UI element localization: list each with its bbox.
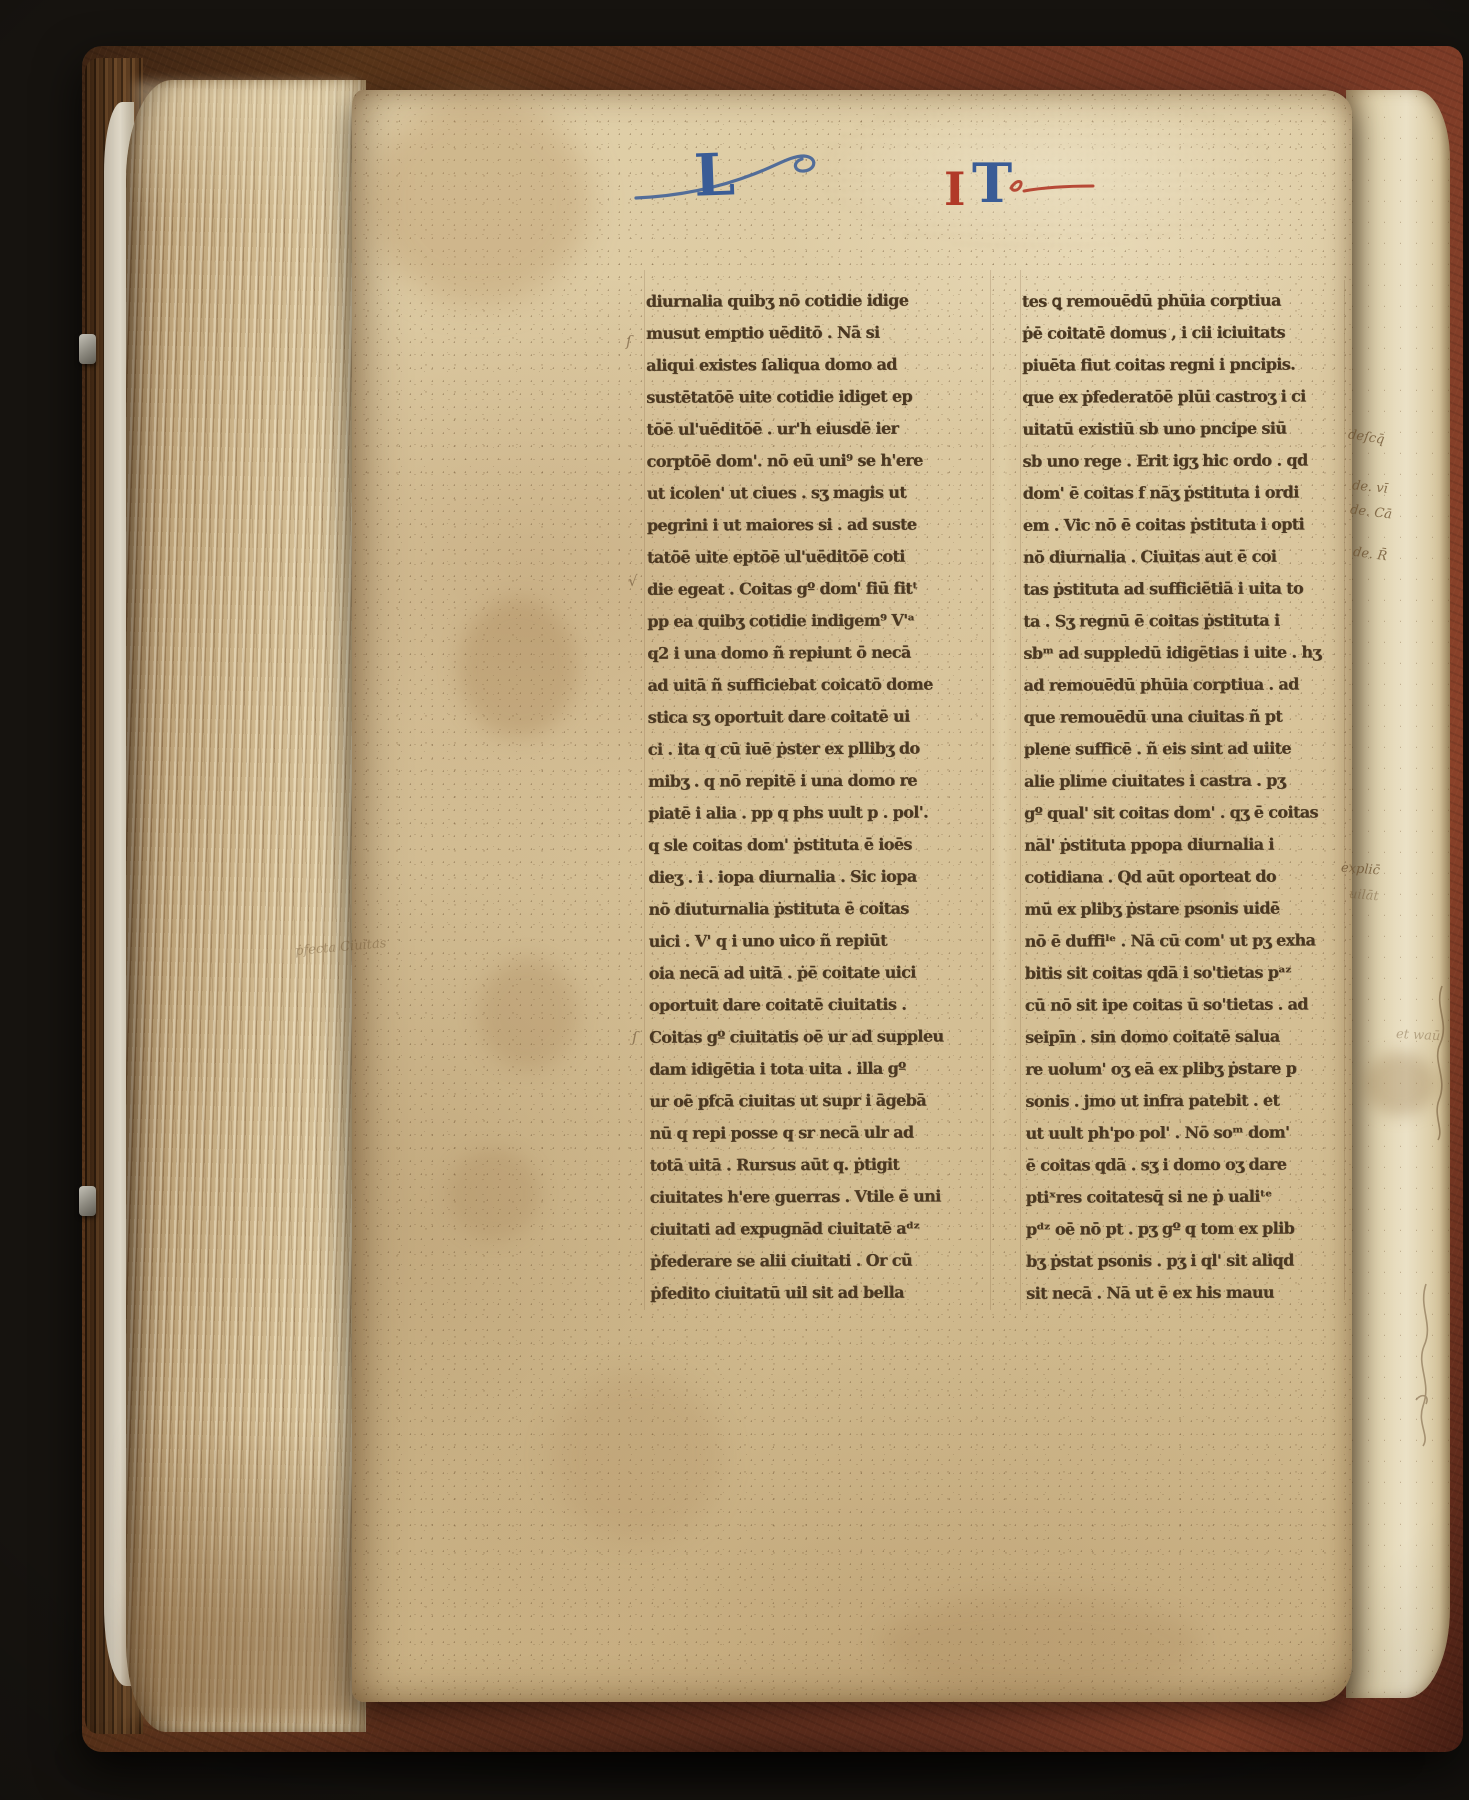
manuscript-text-line: dieʒ . i . iopa diurnalia . Sic iopa bbox=[648, 861, 992, 895]
manuscript-text-line: stica sʒ oportuit dare coitatē ui bbox=[648, 701, 992, 735]
parchment-stain bbox=[552, 1372, 722, 1542]
manuscript-text-line: bʒ ṗstat psonis . pʒ i ql' sit aliqd bbox=[1026, 1245, 1352, 1278]
ruling-line bbox=[1020, 270, 1021, 1310]
text-column-left: diurnalia quibʒ nō cotidie idigemusut em… bbox=[646, 285, 994, 1310]
manuscript-text-line: nō diurnalia . Ciuitas aut ē coi bbox=[1023, 541, 1349, 574]
manuscript-text-line: ciuitates h'ere guerras . Vtile ē uni bbox=[650, 1181, 994, 1215]
manuscript-text-line: gº qual' sit coitas dom' . qʒ ē coitas bbox=[1024, 797, 1350, 830]
header-flourish-red bbox=[1006, 176, 1098, 202]
manuscript-text-line: que ex ṗfederatōē plūi castroʒ i ci bbox=[1022, 381, 1348, 414]
pen-mark: ſ bbox=[632, 1028, 638, 1046]
manuscript-text-line: ē coitas qdā . sʒ i domo oʒ dare bbox=[1026, 1149, 1352, 1182]
photo-backdrop: L I T diurnalia quibʒ nō cotidie idigemu… bbox=[0, 0, 1469, 1800]
manuscript-text-line: dom' ē coitas f nāʒ ṗstituta i ordi bbox=[1023, 477, 1349, 510]
clasp-top bbox=[79, 334, 96, 364]
manuscript-text-line: tas ṗstituta ad sufficiētiā i uita to bbox=[1023, 573, 1349, 606]
page-stack-highlight-top bbox=[136, 82, 356, 222]
manuscript-text-line: tatōē uite eptōē ul'uēditōē coti bbox=[647, 541, 991, 575]
manuscript-text-line: que remouēdū una ciuitas ñ pt bbox=[1024, 701, 1350, 734]
ruling-line bbox=[644, 270, 645, 1310]
manuscript-text-line: ṗē coitatē domus , i cii iciuitats bbox=[1022, 317, 1348, 350]
manuscript-text-line: nū q repi posse q sr necā ulr ad bbox=[649, 1117, 993, 1151]
manuscript-text-line: alie plime ciuitates i castra . pʒ bbox=[1024, 765, 1350, 798]
margin-note-right: uilāt bbox=[1348, 887, 1379, 905]
manuscript-text-line: uitatū existiū sb uno pncipe siū bbox=[1022, 413, 1348, 446]
manuscript-text-line: ta . Sʒ regnū ē coitas ṗstituta i bbox=[1023, 605, 1349, 638]
manuscript-text-line: dam idigētia i tota uita . illa gº bbox=[649, 1053, 993, 1087]
page-stack-shadow-bottom bbox=[126, 1420, 362, 1720]
parchment-stain bbox=[478, 958, 578, 1070]
manuscript-text-line: cotidiana . Qd aūt oporteat do bbox=[1024, 861, 1350, 894]
manuscript-text-line: ut uult ph'po pol' . Nō soᵐ dom' bbox=[1025, 1117, 1351, 1150]
manuscript-text-line: ur oē pfcā ciuitas ut supr i āgebā bbox=[649, 1085, 993, 1119]
manuscript-text-line: ptiˣres coitatesq̄ si ne ṗ ualiᵗᵉ bbox=[1026, 1181, 1352, 1214]
manuscript-text-line: pp ea quibʒ cotidie indigem⁹ V'ᵃ bbox=[647, 605, 991, 639]
manuscript-text-line: tes ꝗ remouēdū phūia corptiua bbox=[1022, 285, 1348, 318]
manuscript-text-line: nāl' ṗstituta ppopa diurnalia i bbox=[1024, 829, 1350, 862]
parchment-stain bbox=[448, 1148, 540, 1240]
manuscript-text-line: cū nō sit ipe coitas ū so'tietas . ad bbox=[1025, 989, 1351, 1022]
manuscript-text-line: ci . ita q cū iuē ṗster ex pllibʒ do bbox=[648, 733, 992, 767]
manuscript-text-line: bitis sit coitas qdā i so'tietas pᵃᶻ bbox=[1025, 957, 1351, 990]
manuscript-text-line: Coitas gº ciuitatis oē ur ad suppleu bbox=[649, 1021, 993, 1055]
pen-mark: √ bbox=[628, 572, 638, 590]
manuscript-text-line: sb uno rege . Erit igʒ hic ordo . qd bbox=[1022, 445, 1348, 478]
header-letter-L: L bbox=[693, 145, 736, 204]
margin-note-right: explic̄ bbox=[1341, 861, 1381, 879]
manuscript-text-line: ad remouēdū phūia corptiua . ad bbox=[1023, 669, 1349, 702]
manuscript-text-line: piatē i alia . pp q phs uult p . pol'. bbox=[648, 797, 992, 831]
manuscript-text-line: sustētatōē uite cotidie idiget ep bbox=[646, 381, 990, 415]
manuscript-text-line: pegrini i ut maiores si . ad suste bbox=[647, 509, 991, 543]
manuscript-text-line: re uolum' oʒ eā ex plibʒ ṗstare p bbox=[1025, 1053, 1351, 1086]
manuscript-text-line: em . Vic nō ē coitas ṗstituta i opti bbox=[1023, 509, 1349, 542]
manuscript-text-line: pᵈᶻ oē nō pt . pʒ gº q tom ex plib bbox=[1026, 1213, 1352, 1246]
manuscript-text-line: oia necā ad uitā . ṗē coitate uici bbox=[649, 957, 993, 991]
text-column-right: tes ꝗ remouēdū phūia corptiuaṗē coitatē … bbox=[1022, 285, 1352, 1310]
manuscript-text-line: die egeat . Coitas gº dom' fiū fitᵗ bbox=[647, 573, 991, 607]
manuscript-text-line: oportuit dare coitatē ciuitatis . bbox=[649, 989, 993, 1023]
manuscript-text-line: musut emptio uēditō . Nā si bbox=[646, 317, 990, 351]
manuscript-text-line: tōē ul'uēditōē . ur'h eiusdē ier bbox=[646, 413, 990, 447]
manuscript-text-line: piuēta fiut coitas regni i pncipis. bbox=[1022, 349, 1348, 382]
header-letter-I: I bbox=[944, 166, 966, 212]
parchment-stain bbox=[458, 598, 578, 738]
manuscript-text-line: q sle coitas dom' ṗstituta ē ioēs bbox=[648, 829, 992, 863]
book-cast-shadow bbox=[50, 1726, 1430, 1790]
manuscript-text-line: diurnalia quibʒ nō cotidie idige bbox=[646, 285, 990, 319]
manuscript-text-line: nō ē duffiˡᵉ . Nā cū com' ut pʒ exha bbox=[1025, 925, 1351, 958]
manuscript-text-line: aliqui existes ſaliqua domo ad bbox=[646, 349, 990, 383]
manuscript-text-line: ṗfederare se alii ciuitati . Or cū bbox=[650, 1245, 994, 1279]
parchment-stain bbox=[880, 1596, 1200, 1691]
manuscript-text-line: mibʒ . q nō repitē i una domo re bbox=[648, 765, 992, 799]
manuscript-text-line: ciuitati ad expugnād ciuitatē aᵈᶻ bbox=[650, 1213, 994, 1247]
fore-edge-squiggle bbox=[1420, 982, 1460, 1144]
manuscript-text-line: sit necā . Nā ut ē ex his mauu bbox=[1026, 1277, 1352, 1310]
parchment-stain bbox=[370, 95, 590, 305]
manuscript-text-line: seipīn . sin domo coitatē salua bbox=[1025, 1021, 1351, 1054]
intercolumn-crease bbox=[998, 300, 1007, 1200]
manuscript-text-line: ṗfedito ciuitatū uil sit ad bella bbox=[650, 1277, 994, 1311]
manuscript-text-line: plene sufficē . ñ eis sint ad uiite bbox=[1024, 733, 1350, 766]
manuscript-text-line: sbᵐ ad suppledū idigētias i uite . hʒ bbox=[1023, 637, 1349, 670]
manuscript-text-line: mū ex plibʒ ṗstare psonis uidē bbox=[1024, 893, 1350, 926]
pen-mark: ſ bbox=[626, 332, 632, 350]
manuscript-text-line: totā uitā . Rursus aūt q. ṗtigit bbox=[650, 1149, 994, 1183]
manuscript-text-line: nō diuturnalia ṗstituta ē coitas bbox=[648, 893, 992, 927]
fore-edge-squiggle bbox=[1406, 1280, 1446, 1450]
manuscript-text-line: uici . V' q i uno uico ñ repiūt bbox=[649, 925, 993, 959]
manuscript-text-line: ad uitā ñ sufficiebat coicatō dome bbox=[647, 669, 991, 703]
manuscript-text-line: corptōē dom'. nō eū uni⁹ se h'ere bbox=[646, 445, 990, 479]
vellum-hair-side-patch bbox=[820, 96, 1270, 248]
clasp-bottom bbox=[79, 1186, 96, 1216]
manuscript-text-line: ut icolen' ut ciues . sʒ magis ut bbox=[647, 477, 991, 511]
manuscript-text-line: sonis . jmo ut infra patebit . et bbox=[1025, 1085, 1351, 1118]
manuscript-text-line: q2 i una domo ñ repiunt ō necā bbox=[647, 637, 991, 671]
